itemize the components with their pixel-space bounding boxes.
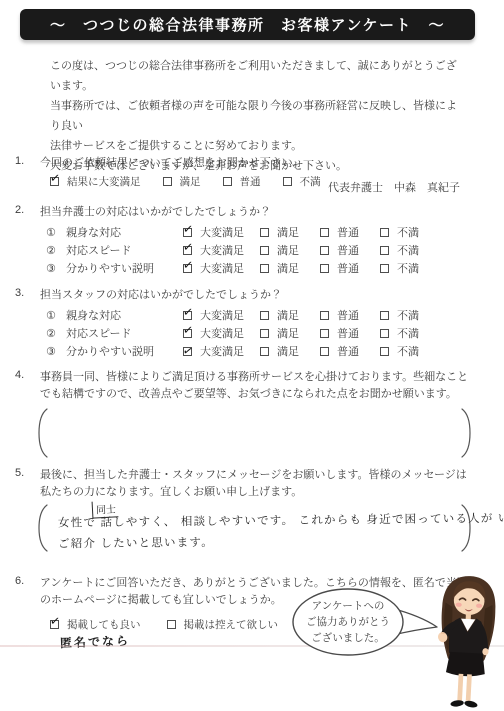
checkbox[interactable] [380,264,389,273]
check-mark-icon: ✓ [49,614,60,627]
checkbox[interactable] [260,347,269,356]
item-label: 対応スピード [66,242,183,258]
scale-label: 大変満足 [200,242,244,258]
checkbox-checked[interactable]: ✓ [183,228,192,237]
question-4-number: 4. [15,369,24,381]
scale-label: 満足 [277,242,299,258]
speech-bubble: アンケートへの ご協力ありがとう ございました。 [291,586,441,660]
check-mark-icon: ✓ [182,222,193,235]
scale-label: 満足 [277,260,299,276]
scale-label: 普通 [337,343,359,359]
question-1-number: 1. [15,155,24,167]
checkbox-checked[interactable]: ✓ [183,246,192,255]
q1-option-dissatisfied: 不満 [283,174,321,189]
page-title: ～ つつじの総合法律事務所 お客様アンケート ～ [50,14,445,35]
q6-option-publish-ok: ✓ 掲載しても良い [50,617,141,632]
option-label: 不満 [300,174,321,189]
item-number: ② [46,327,66,340]
checkbox[interactable] [283,177,292,186]
rating-row: ① 親身な対応 ✓大変満足 満足 普通 不満 [46,306,440,324]
rating-row: ① 親身な対応 ✓大変満足 満足 普通 不満 [46,223,440,241]
item-label: 対応スピード [66,325,183,341]
option-label: 掲載しても良い [67,617,141,632]
checkbox[interactable] [260,311,269,320]
scale-label: 普通 [337,260,359,276]
checkbox[interactable] [260,264,269,273]
rating-row: ③ 分かりやすい説明 ✓大変満足 満足 普通 不満 [46,259,440,277]
check-mark-icon: ✓ [182,258,193,271]
check-mark-icon: ✓ [49,171,60,184]
title-bar: ～ つつじの総合法律事務所 お客様アンケート ～ [20,9,475,40]
intro-line: この度は、つつじの総合法律事務所をご利用いただきまして、誠にありがとうございます… [50,56,462,96]
scale-label: 満足 [277,343,299,359]
check-mark-icon: ✓ [182,343,195,357]
checkbox[interactable] [320,347,329,356]
checkbox-checked[interactable]: ✓ [50,620,59,629]
scale-label: 不満 [397,260,419,276]
checkbox[interactable] [260,228,269,237]
checkbox[interactable] [223,177,232,186]
handwritten-message: 同士 女性で 話しやすく、 相談しやすいです。 これからも 身近で困っている人が… [58,511,504,553]
checkbox[interactable] [380,311,389,320]
checkbox-checked[interactable]: ✓ [183,311,192,320]
checkbox[interactable] [380,246,389,255]
q1-option-satisfied: 満足 [163,174,201,189]
question-6-options: ✓ 掲載しても良い 掲載は控えて欲しい [50,615,300,633]
option-label: 掲載は控えて欲しい [184,617,279,632]
item-number: ③ [46,262,66,275]
bracket-right-icon [459,407,473,459]
checkbox[interactable] [163,177,172,186]
checkbox[interactable] [320,228,329,237]
handwriting-line: ご紹介 したいと思います。 [58,529,504,555]
q5-response-area[interactable]: 同士 女性で 話しやすく、 相談しやすいです。 これからも 身近で困っている人が… [36,503,473,553]
question-1-text: 今回のご依頼結果についてご感想をお聞かせ下さい。 [40,155,474,172]
checkbox[interactable] [260,329,269,338]
check-mark-icon: ✓ [182,305,193,318]
scale-label: 大変満足 [200,224,244,240]
scale-label: 満足 [277,325,299,341]
scale-label: 満足 [277,307,299,323]
checkbox[interactable] [380,329,389,338]
checkbox[interactable] [320,311,329,320]
checkbox-checked[interactable]: ✓ [50,177,59,186]
item-number: ① [46,309,66,322]
checkbox[interactable] [320,246,329,255]
bracket-left-icon [36,503,50,553]
checkbox[interactable] [380,228,389,237]
item-label: 分かりやすい説明 [66,343,183,359]
question-6-number: 6. [15,575,24,587]
scale-label: 満足 [277,224,299,240]
question-3-number: 3. [15,287,24,299]
item-number: ① [46,226,66,239]
item-number: ③ [46,345,66,358]
scale-label: 不満 [397,343,419,359]
scale-label: 普通 [337,307,359,323]
question-4-text: 事務員一同、皆様によりご満足頂ける事務所サービスを心掛けております。些細なことで… [40,369,474,403]
q1-option-neutral: 普通 [223,174,261,189]
rating-row: ② 対応スピード ✓大変満足 満足 普通 不満 [46,324,440,342]
checkbox[interactable] [320,329,329,338]
question-3-text: 担当スタッフの対応はいかがでしたでしょうか？ [40,287,474,304]
checkbox[interactable] [167,620,176,629]
item-label: 親身な対応 [66,307,183,323]
checkbox-checked[interactable]: ✓ [183,264,192,273]
question-2-text: 担当弁護士の対応はいかがでしたでしょうか？ [40,204,474,221]
rating-row: ③ 分かりやすい説明 ✓大変満足 満足 普通 不満 [46,342,440,360]
scale-label: 大変満足 [200,343,244,359]
option-label: 結果に大変満足 [67,174,141,189]
scale-label: 不満 [397,242,419,258]
scale-label: 大変満足 [200,307,244,323]
scale-label: 普通 [337,224,359,240]
survey-form-page: ～ つつじの総合法律事務所 お客様アンケート ～ この度は、つつじの総合法律事務… [0,0,504,711]
scale-label: 大変満足 [200,260,244,276]
option-label: 普通 [240,174,261,189]
item-label: 親身な対応 [66,224,183,240]
question-2-rating-grid: ① 親身な対応 ✓大変満足 満足 普通 不満 ② 対応スピード ✓大変満足 満足… [46,223,440,277]
item-number: ② [46,244,66,257]
q1-option-very-satisfied: ✓ 結果に大変満足 [50,174,141,189]
rating-row: ② 対応スピード ✓大変満足 満足 普通 不満 [46,241,440,259]
scale-label: 不満 [397,325,419,341]
checkbox[interactable] [260,246,269,255]
female-lawyer-illustration [427,571,504,711]
bracket-left-icon [36,407,50,459]
check-mark-icon: ✓ [182,240,193,253]
scale-label: 大変満足 [200,325,244,341]
option-label: 満足 [180,174,201,189]
checkbox[interactable] [320,264,329,273]
intro-line: 当事務所では、ご依頼者様の声を可能な限り今後の事務所経営に反映し、皆様により良い [50,96,462,136]
scale-label: 不満 [397,224,419,240]
scale-label: 不満 [397,307,419,323]
checkbox-checked[interactable]: ✓ [183,347,192,356]
question-2-number: 2. [15,204,24,216]
checkbox[interactable] [380,347,389,356]
scale-label: 普通 [337,242,359,258]
intro-line: 法律サービスをご提供することに努めております。 [50,136,462,156]
item-label: 分かりやすい説明 [66,260,183,276]
question-3-rating-grid: ① 親身な対応 ✓大変満足 満足 普通 不満 ② 対応スピード ✓大変満足 満足… [46,306,440,360]
question-5-number: 5. [15,467,24,479]
question-1-options: ✓ 結果に大変満足 満足 普通 不満 [50,172,343,190]
handwritten-anonymous-note: 匿名でなら [60,632,131,651]
question-5-text: 最後に、担当した弁護士・スタッフにメッセージをお願いします。皆様のメッセージは私… [40,467,474,501]
q6-option-publish-no: 掲載は控えて欲しい [167,617,279,632]
scale-label: 普通 [337,325,359,341]
speech-bubble-text: アンケートへの ご協力ありがとう ございました。 [291,598,405,646]
q4-response-area[interactable] [36,407,473,459]
checkbox-checked[interactable]: ✓ [183,329,192,338]
check-mark-icon: ✓ [182,323,193,336]
